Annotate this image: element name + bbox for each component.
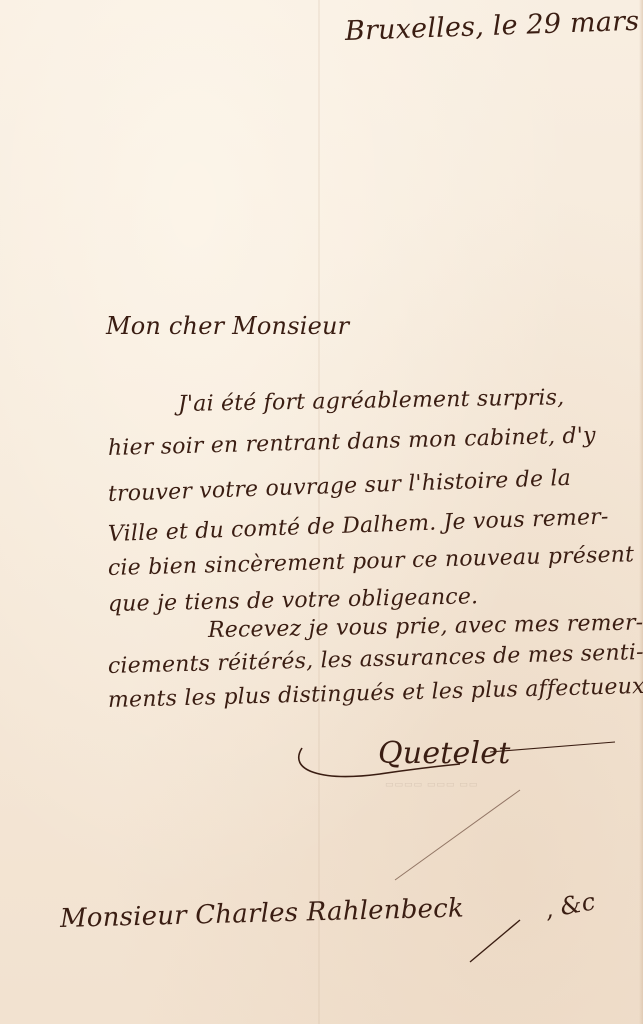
body-line-2: hier soir en rentrant dans mon cabinet, … [108,423,596,461]
addressee: Monsieur Charles Rahlenbeck [60,893,465,934]
body-line-5: cie bien sincèrement pour ce nouveau pré… [108,542,635,581]
body-line-9: ments les plus distingués et les plus af… [108,674,643,713]
body-line-4: Ville et du comté de Dalhem. Je vous rem… [108,505,609,547]
salutation: Mon cher Monsieur [106,312,349,340]
body-line-8: ciements réitérés, les assurances de mes… [108,640,643,679]
paper-edge [639,0,643,1024]
addressee-suffix: , &c [543,887,598,923]
library-stamp: ▭▭▭▭ ▭▭▭ ▭▭ [385,780,478,790]
dateline: Bruxelles, le 29 mars 1852 [344,3,643,47]
letter-page: Bruxelles, le 29 mars 1852 Mon cher Mons… [0,0,643,1024]
body-line-6: que je tiens de votre obligeance. [108,584,479,617]
body-line-1: J'ai été fort agréablement surpris, [178,385,565,417]
paper-fold-line [318,0,320,1024]
body-line-3: trouver votre ouvrage sur l'histoire de … [108,466,572,507]
body-line-7: Recevez je vous prie, avec mes remer- [208,610,643,643]
signature: Quetelet [378,736,510,771]
